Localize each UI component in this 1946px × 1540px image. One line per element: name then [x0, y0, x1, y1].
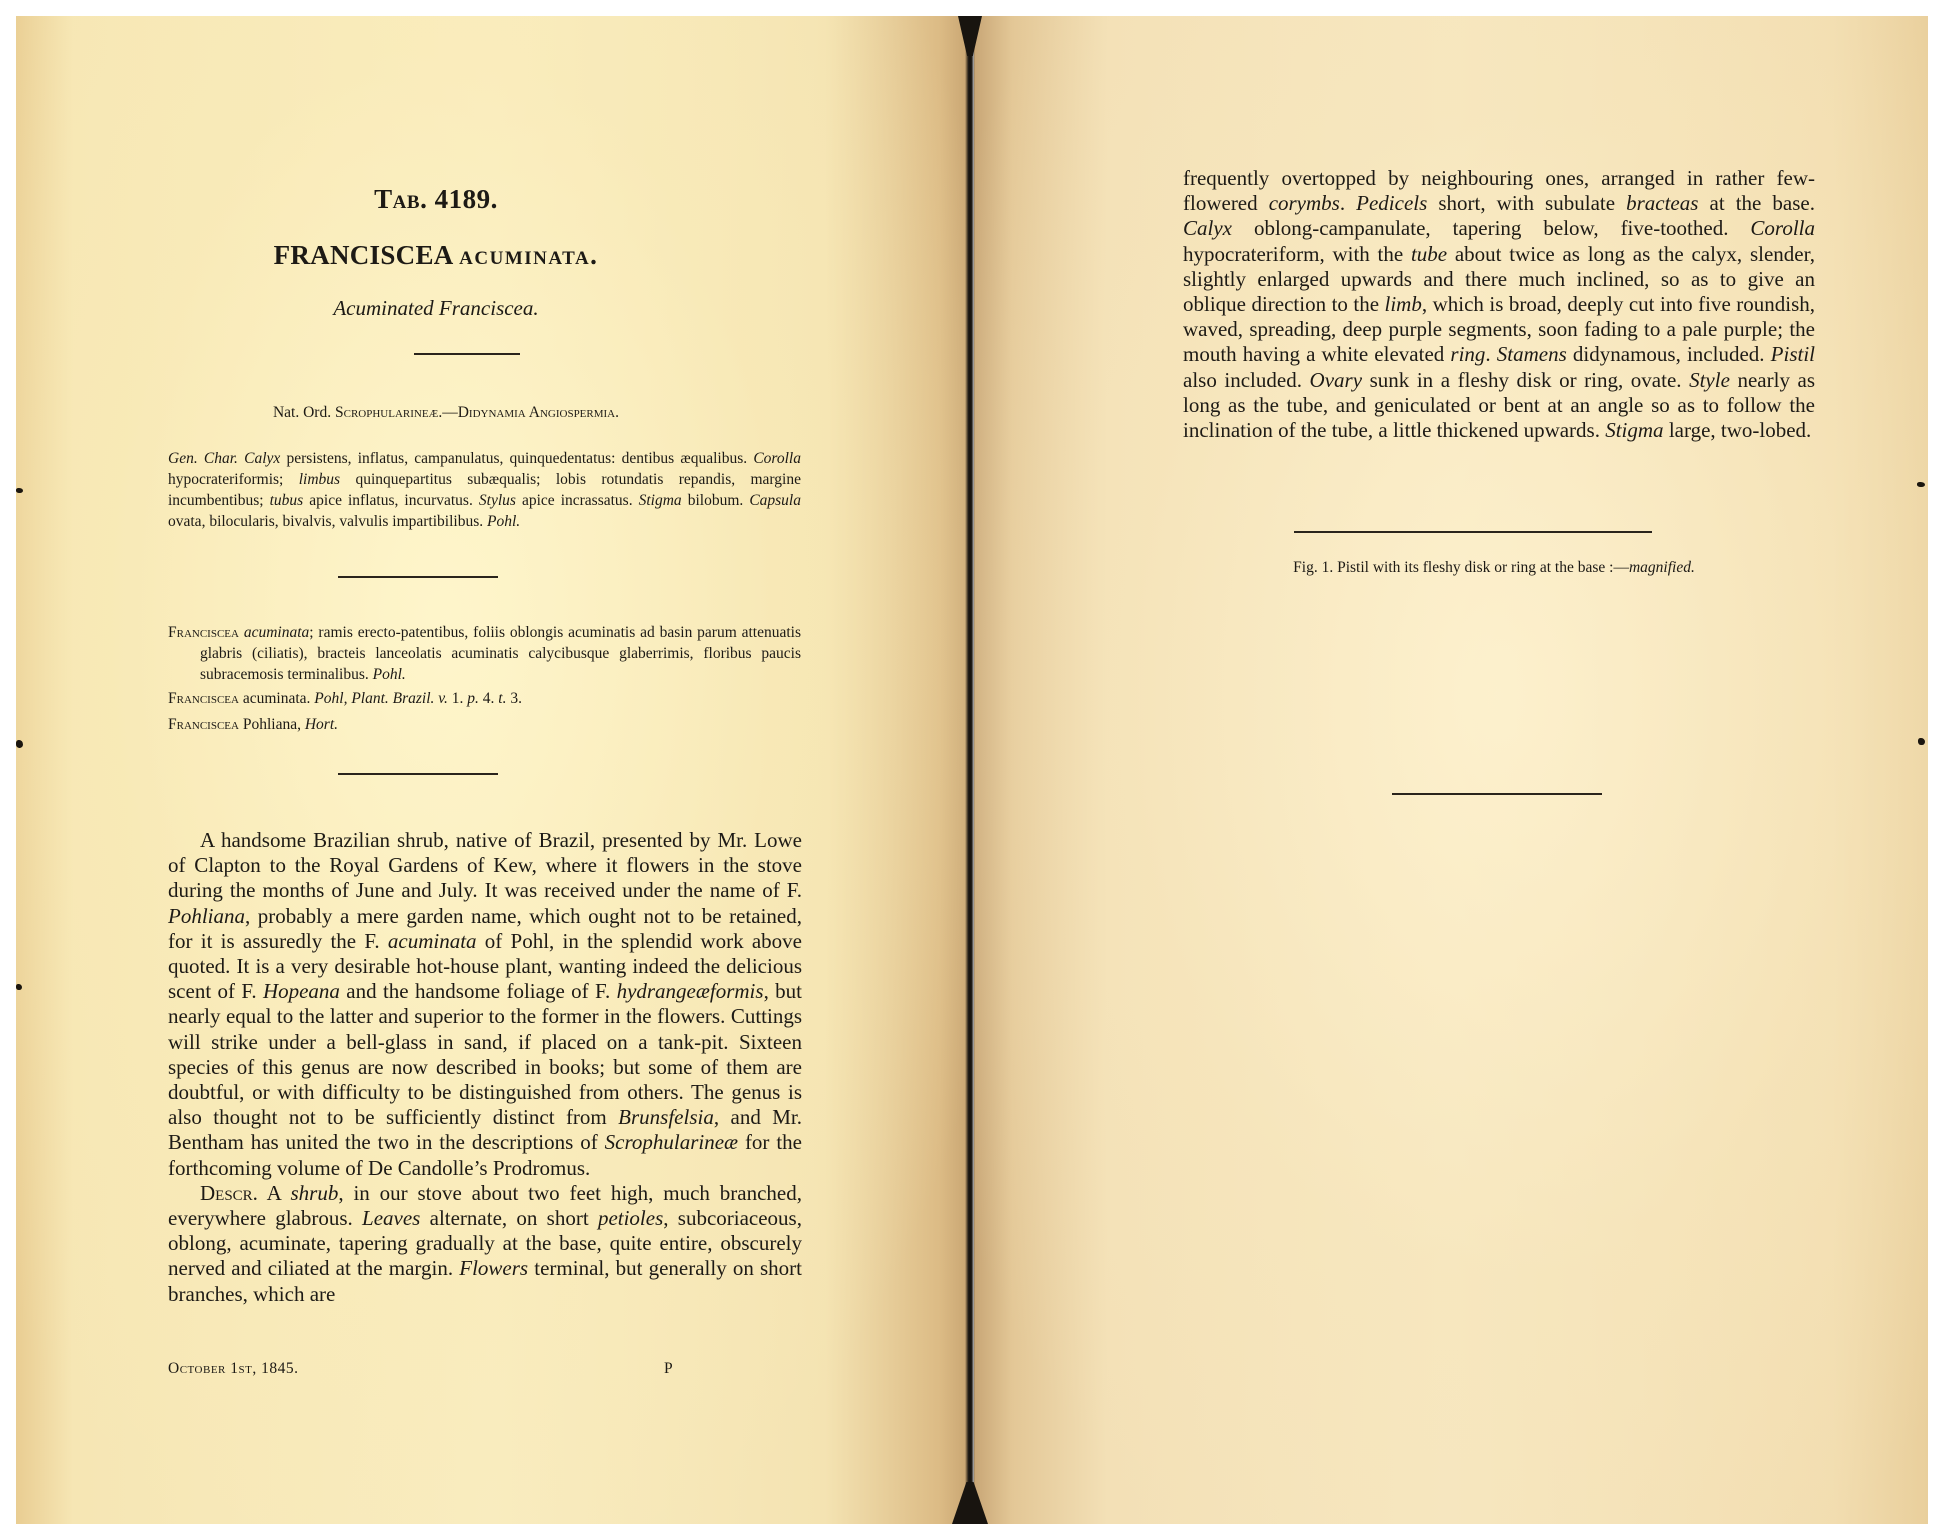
- text-run: .: [1340, 191, 1356, 215]
- binding-hole-mark: [16, 740, 23, 748]
- synonym-entry: Franciscea acuminata. Pohl, Plant. Brazi…: [168, 688, 801, 709]
- text-run: apice inflatus, incurvatus.: [303, 492, 479, 509]
- text-run: alternate, on short: [420, 1206, 598, 1230]
- generic-character: Gen. Char. Calyx persistens, inflatus, c…: [168, 448, 801, 532]
- italic-term: Scrophularineæ: [605, 1130, 738, 1154]
- publication-date: October 1st, 1845.: [168, 1360, 298, 1378]
- small-caps-term: Franciscea: [168, 716, 239, 733]
- order-dash: —: [442, 404, 458, 421]
- text-run: 1.: [448, 690, 467, 707]
- figure-caption: Fig. 1. Pistil with its fleshy disk or r…: [1214, 559, 1774, 577]
- italic-term: acuminata: [244, 624, 309, 641]
- text-run: A: [258, 1181, 291, 1205]
- text-run: at the base.: [1698, 191, 1815, 215]
- text-run: and the handsome foliage of F.: [340, 979, 617, 1003]
- italic-term: Ovary: [1310, 368, 1362, 392]
- italic-term: Capsula: [749, 492, 801, 509]
- book-spread: Tab. 4189. FRANCISCEA acuminata. Acumina…: [16, 16, 1928, 1524]
- text-run: short, with subulate: [1427, 191, 1626, 215]
- text-run: ovata, bilocularis, bivalvis, valvulis i…: [168, 513, 487, 530]
- natural-order: Nat. Ord. Scrophularineæ.—Didynamia Angi…: [166, 404, 726, 422]
- text-run: large, two-lobed.: [1664, 418, 1812, 442]
- text-run: also included.: [1183, 368, 1310, 392]
- species-epithet: acuminata.: [459, 240, 598, 270]
- text-run: sunk in a fleshy disk or ring, ovate.: [1362, 368, 1689, 392]
- species-title: FRANCISCEA acuminata.: [156, 240, 716, 271]
- italic-term: Hort.: [305, 716, 338, 733]
- italic-term: tube: [1411, 242, 1447, 266]
- italic-term: Pohl.: [373, 666, 406, 683]
- italic-term: Corolla: [753, 450, 801, 467]
- italic-term: Stigma: [1605, 418, 1663, 442]
- text-run: Pohliana,: [239, 716, 305, 733]
- italic-term: petioles: [598, 1206, 663, 1230]
- text-run: persistens, inflatus, campanulatus, quin…: [280, 450, 753, 467]
- italic-term: Pistil: [1771, 342, 1815, 366]
- italic-term: Corolla: [1750, 216, 1815, 240]
- italic-term: Gen. Char.: [168, 450, 238, 467]
- text-run: A handsome Brazilian shrub, native of Br…: [168, 828, 802, 902]
- text-run: apice incrassatus.: [516, 492, 639, 509]
- italic-term: hydrangeæformis: [617, 979, 764, 1003]
- plate-number-text: Tab. 4189.: [374, 184, 498, 214]
- italic-term: limbus: [299, 471, 340, 488]
- plate-number: Tab. 4189.: [316, 184, 556, 215]
- text-run: 3.: [506, 690, 522, 707]
- italic-term: Stigma: [639, 492, 682, 509]
- text-run: hypocrateriform, with the: [1183, 242, 1411, 266]
- italic-term: Pedicels: [1356, 191, 1427, 215]
- text-run: 4.: [479, 690, 498, 707]
- binding-hole-mark: [16, 984, 22, 990]
- italic-term: Pohl, Plant. Brazil. v.: [314, 690, 448, 707]
- synonym-entry: Franciscea acuminata; ramis erecto-paten…: [168, 622, 801, 685]
- linnaean-class: Didynamia Angiospermia.: [458, 404, 619, 421]
- italic-term: Stamens: [1497, 342, 1567, 366]
- italic-term: ring: [1450, 342, 1485, 366]
- italic-term: Stylus: [479, 492, 516, 509]
- italic-term: Pohliana: [168, 904, 245, 928]
- binding-hole-mark: [1917, 482, 1925, 487]
- italic-term: acuminata: [388, 929, 477, 953]
- binding-hole-mark: [1918, 738, 1925, 745]
- order-name: Scrophularineæ.: [335, 404, 442, 421]
- italic-term: corymbs: [1269, 191, 1340, 215]
- right-page: frequently overtopped by neighbouring on…: [974, 16, 1928, 1524]
- italic-term: Calyx: [1183, 216, 1232, 240]
- italic-term: Style: [1689, 368, 1730, 392]
- body-paragraph: Descr. A shrub, in our stove about two f…: [168, 1181, 802, 1307]
- italic-term: Pohl.: [487, 513, 520, 530]
- italic-term: p.: [467, 690, 479, 707]
- divider-rule: [1392, 793, 1602, 795]
- book-spine: [965, 16, 975, 1524]
- signature-mark: P: [664, 1360, 673, 1378]
- italic-term: Leaves: [362, 1206, 420, 1230]
- binding-hole-mark: [16, 488, 23, 493]
- italic-term: Flowers: [459, 1256, 528, 1280]
- text-run: acuminata.: [239, 690, 314, 707]
- small-caps-term: Franciscea: [168, 690, 239, 707]
- divider-rule: [338, 576, 498, 578]
- synonym-entry: Franciscea Pohliana, Hort.: [168, 714, 801, 735]
- nat-ord-prefix: Nat. Ord.: [273, 404, 331, 421]
- divider-rule: [414, 353, 520, 355]
- body-paragraph: A handsome Brazilian shrub, native of Br…: [168, 828, 802, 1181]
- divider-rule: [338, 773, 498, 775]
- figure-caption-magnified: magnified.: [1629, 559, 1695, 576]
- common-name: Acuminated Franciscea.: [266, 296, 606, 321]
- text-run: .: [1485, 342, 1496, 366]
- italic-term: limb: [1385, 292, 1422, 316]
- text-run: bilobum.: [682, 492, 750, 509]
- italic-term: Calyx: [244, 450, 280, 467]
- italic-term: Hopeana: [263, 979, 340, 1003]
- divider-rule: [1294, 531, 1652, 533]
- italic-term: shrub: [291, 1181, 339, 1205]
- text-run: hypocrateriformis;: [168, 471, 299, 488]
- description-body: A handsome Brazilian shrub, native of Br…: [168, 828, 802, 1307]
- italic-term: tubus: [270, 492, 304, 509]
- italic-term: bracteas: [1626, 191, 1698, 215]
- italic-term: Brunsfelsia: [618, 1105, 714, 1129]
- text-run: oblong-campanulate, tapering below, five…: [1232, 216, 1750, 240]
- text-run: didynamous, included.: [1567, 342, 1771, 366]
- small-caps-term: Descr.: [200, 1181, 258, 1205]
- genus-name: FRANCISCEA: [274, 240, 453, 270]
- left-page: Tab. 4189. FRANCISCEA acuminata. Acumina…: [16, 16, 968, 1524]
- small-caps-term: Franciscea: [168, 624, 239, 641]
- figure-caption-text: Fig. 1. Pistil with its fleshy disk or r…: [1293, 559, 1629, 576]
- description-continuation: frequently overtopped by neighbouring on…: [1183, 166, 1815, 443]
